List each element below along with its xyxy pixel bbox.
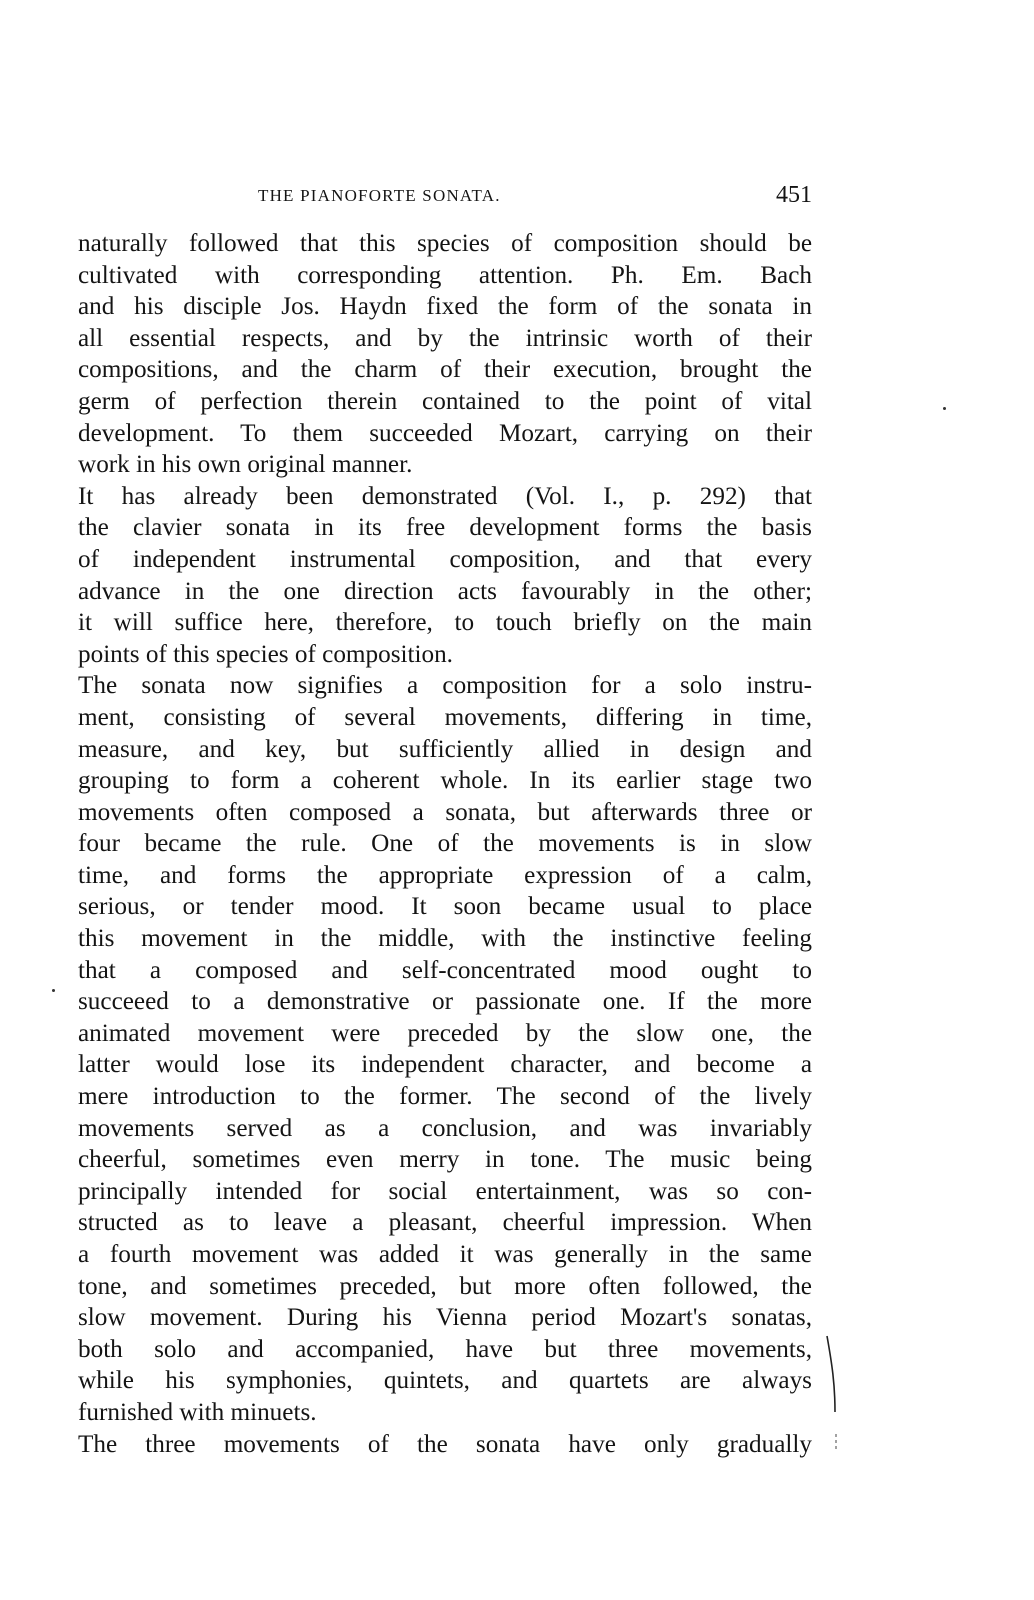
page-number: 451 (776, 182, 812, 209)
text-line: germ of perfection therein contained to … (78, 386, 812, 418)
text-line: latter would lose its independent charac… (78, 1049, 812, 1081)
paragraph-start-line: The three movements of the sonata have o… (78, 1429, 812, 1461)
text-line: succeeed to a demonstrative or passionat… (78, 986, 812, 1018)
paragraph-start-line: It has already been demonstrated (Vol. I… (78, 481, 812, 513)
margin-speck (943, 407, 946, 410)
text-line: structed as to leave a pleasant, cheerfu… (78, 1207, 812, 1239)
text-line: development. To them succeeded Mozart, c… (78, 418, 812, 450)
text-line: advance in the one direction acts favour… (78, 576, 812, 608)
text-line: it will suffice here, therefore, to touc… (78, 607, 812, 639)
text-line: the clavier sonata in its free developme… (78, 512, 812, 544)
running-head: THE PIANOFORTE SONATA. 451 (78, 186, 812, 216)
body-text: naturally followed that this species of … (78, 228, 812, 1460)
text-line: measure, and key, but sufficiently allie… (78, 734, 812, 766)
text-line: all essential respects, and by the intri… (78, 323, 812, 355)
text-line: naturally followed that this species of … (78, 228, 812, 260)
text-line: slow movement. During his Vienna period … (78, 1302, 812, 1334)
text-line: grouping to form a coherent whole. In it… (78, 765, 812, 797)
text-line: tone, and sometimes preceded, but more o… (78, 1271, 812, 1303)
text-line: four became the rule. One of the movemen… (78, 828, 812, 860)
text-line: a fourth movement was added it was gener… (78, 1239, 812, 1271)
text-line: time, and forms the appropriate expressi… (78, 860, 812, 892)
margin-speck (52, 989, 55, 992)
text-line: while his symphonies, quintets, and quar… (78, 1365, 812, 1397)
text-line: movements served as a conclusion, and wa… (78, 1113, 812, 1145)
text-line: movements often composed a sonata, but a… (78, 797, 812, 829)
text-line: work in his own original manner. (78, 449, 812, 481)
text-line: ment, consisting of several movements, d… (78, 702, 812, 734)
text-line: serious, or tender mood. It soon became … (78, 891, 812, 923)
margin-line-mark (826, 1334, 838, 1454)
text-line: compositions, and the charm of their exe… (78, 354, 812, 386)
text-line: furnished with minuets. (78, 1397, 812, 1429)
text-line: animated movement were preceded by the s… (78, 1018, 812, 1050)
text-line: principally intended for social entertai… (78, 1176, 812, 1208)
text-line: this movement in the middle, with the in… (78, 923, 812, 955)
text-line: cultivated with corresponding attention.… (78, 260, 812, 292)
text-line: cheerful, sometimes even merry in tone. … (78, 1144, 812, 1176)
text-line: of independent instrumental composition,… (78, 544, 812, 576)
text-line: that a composed and self-concentrated mo… (78, 955, 812, 987)
running-title: THE PIANOFORTE SONATA. (258, 186, 501, 206)
paragraph-start-line: The sonata now signifies a composition f… (78, 670, 812, 702)
text-line: mere introduction to the former. The sec… (78, 1081, 812, 1113)
text-line: both solo and accompanied, have but thre… (78, 1334, 812, 1366)
book-page: THE PIANOFORTE SONATA. 451 naturally fol… (0, 0, 1034, 1600)
text-line: points of this species of composition. (78, 639, 812, 671)
text-line: and his disciple Jos. Haydn fixed the fo… (78, 291, 812, 323)
